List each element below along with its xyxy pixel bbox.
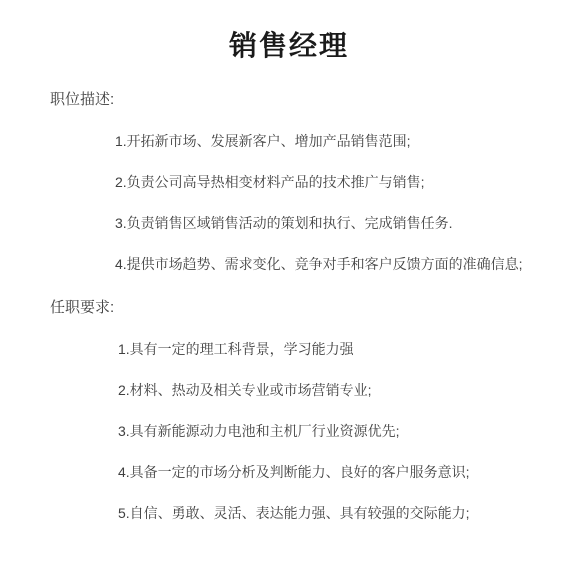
section-heading-job-requirements: 任职要求: [50, 299, 578, 316]
list-item: 1.开拓新市场、发展新客户、增加产品销售范围; [115, 133, 578, 149]
section-job-description: 职位描述: 1.开拓新市场、发展新客户、增加产品销售范围; 2.负责公司高导热相… [0, 91, 578, 272]
page-title: 销售经理 [0, 30, 578, 64]
list-item: 3.具有新能源动力电池和主机厂行业资源优先; [118, 423, 578, 439]
list-item: 2.负责公司高导热相变材料产品的技术推广与销售; [115, 174, 578, 190]
list-item: 5.自信、勇敢、灵活、表达能力强、具有较强的交际能力; [118, 505, 578, 521]
section-heading-job-description: 职位描述: [50, 91, 578, 108]
job-description-document: 销售经理 职位描述: 1.开拓新市场、发展新客户、增加产品销售范围; 2.负责公… [0, 0, 578, 561]
list-item: 4.具备一定的市场分析及判断能力、良好的客户服务意识; [118, 464, 578, 480]
section-job-requirements: 任职要求: 1.具有一定的理工科背景，学习能力强 2.材料、热动及相关专业或市场… [0, 299, 578, 521]
list-item: 1.具有一定的理工科背景，学习能力强 [118, 341, 578, 357]
list-item: 3.负责销售区域销售活动的策划和执行、完成销售任务. [115, 215, 578, 231]
list-item: 4.提供市场趋势、需求变化、竞争对手和客户反馈方面的准确信息; [115, 256, 578, 272]
list-item: 2.材料、热动及相关专业或市场营销专业; [118, 382, 578, 398]
